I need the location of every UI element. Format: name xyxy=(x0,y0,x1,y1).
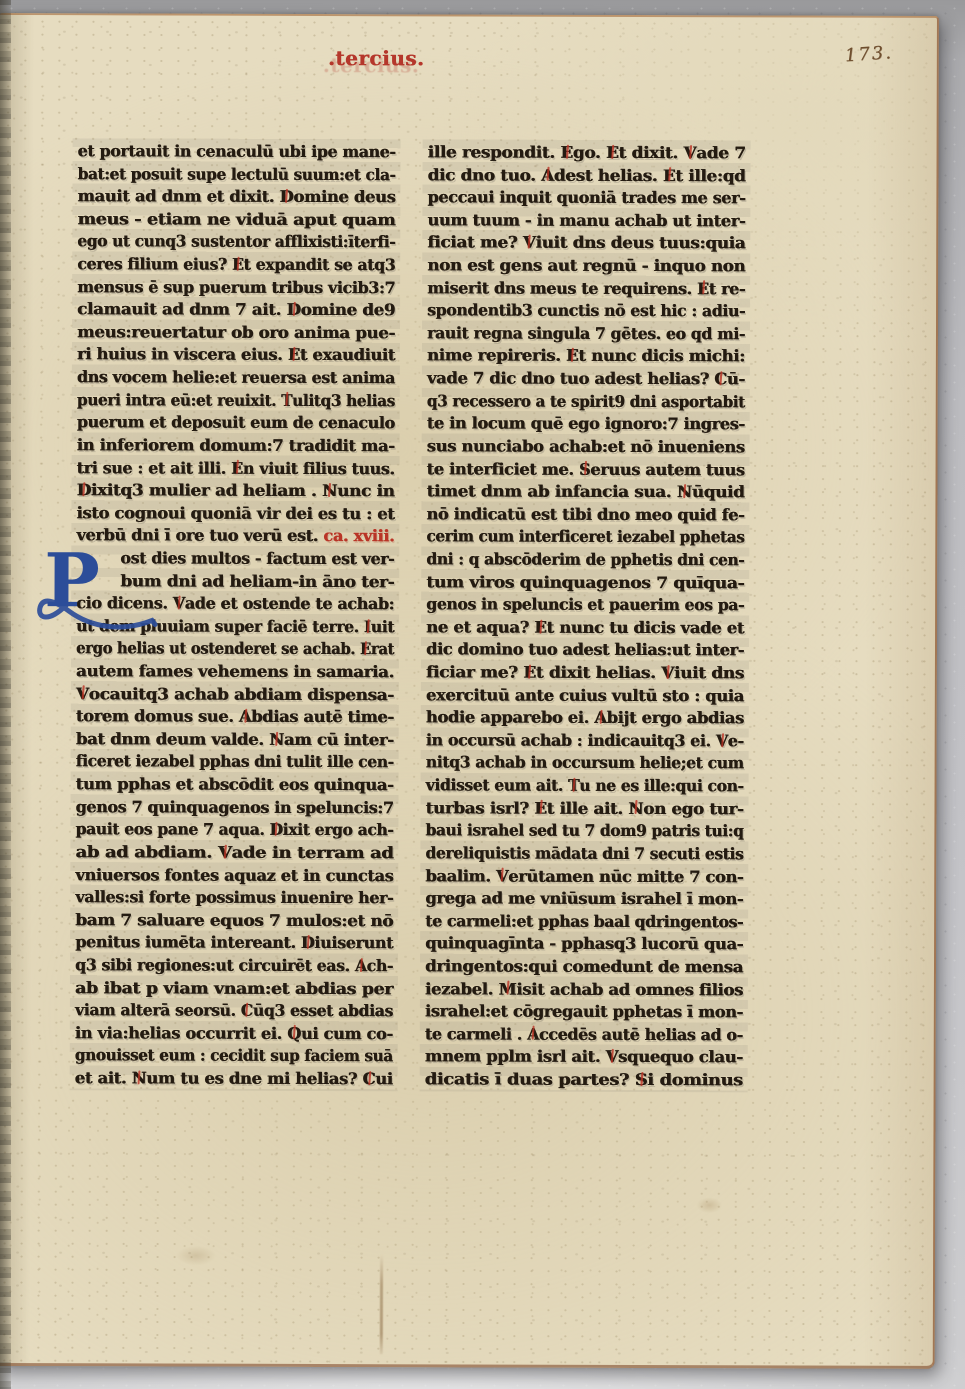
text-line: et ait. Num tu es dne mi helias? Cui xyxy=(75,1068,393,1092)
text-line: israhel:et cōgregauit pphetas ī mon- xyxy=(425,1001,743,1025)
text-line: clamauit ad dnm 7 ait. Domine de9 xyxy=(77,300,395,324)
text-line: exercituū ante cuius vultū sto : quia xyxy=(426,685,744,709)
text-line: genos in speluncis et pauerim eos pa- xyxy=(426,595,744,619)
binding-gutter-shadow xyxy=(0,0,11,1389)
text-line: tum viros quinquagenos 7 quīqua- xyxy=(426,572,744,596)
text-line: penitus iumēta intereant. Diuiserunt xyxy=(75,933,393,957)
text-line: in via:helias occurrit ei. Qui cum co- xyxy=(75,1023,393,1047)
text-line: in occursū achab : indicauitq3 ei. Ve- xyxy=(426,730,744,754)
text-line: te interficiet me. Seruus autem tuus xyxy=(427,459,745,483)
stain-blot xyxy=(696,1197,722,1213)
text-line: bat:et posuit supe lectulū suum:et cla- xyxy=(77,164,395,188)
text-line: genos 7 quinquagenos in speluncis:7 xyxy=(75,797,393,821)
text-line: puerum et deposuit eum de cenaculo xyxy=(77,413,395,437)
stain-blot xyxy=(176,1246,216,1266)
text-line: baui israhel sed tu 7 dom9 patris tui:q xyxy=(425,821,743,845)
text-line: rauit regna singula 7 gētes. eo qd mi- xyxy=(427,323,745,347)
illuminated-initial: P xyxy=(36,543,176,647)
text-line: q3 sibi regiones:ut circuirēt eas. Ach- xyxy=(75,955,393,979)
text-line: dringentos:qui comedunt de mensa xyxy=(425,956,743,980)
text-line: non est gens aut regnū - inquo non xyxy=(427,255,745,279)
text-line: et portauit in cenaculū ubi ipe mane- xyxy=(78,141,396,165)
text-line: peccaui inquit quoniā trades me ser- xyxy=(427,188,745,212)
text-line: te carmeli:et pphas baal qdringentos- xyxy=(425,911,743,935)
text-line: valles:si forte possimus inuenire her- xyxy=(75,887,393,911)
text-line: baalim. Verūtamen nūc mitte 7 con- xyxy=(425,866,743,890)
text-line: spondentib3 cunctis nō est hic : adiu- xyxy=(427,301,745,325)
text-line: ab ibat p viam vnam:et abdias per xyxy=(75,978,393,1002)
text-line: tri sue : et ait illi. En viuit filius t… xyxy=(77,458,395,482)
text-line: ceres filium eius? Et expandit se atq3 xyxy=(77,254,395,278)
text-line: mauit ad dnm et dixit. Domine deus xyxy=(77,186,395,210)
text-line: tum pphas et abscōdit eos quinqua- xyxy=(76,774,394,798)
text-line: pauit eos pane 7 aqua. Dixit ergo ach- xyxy=(75,820,393,844)
text-line: torem domus sue. Abdias autē time- xyxy=(76,706,394,730)
text-line: gnouisset eum : cecidit sup faciem suā xyxy=(75,1046,393,1070)
text-line: ille respondit. Ego. Et dixit. Vade 7 xyxy=(428,142,746,166)
text-line: nō indicatū est tibi dno meo quid fe- xyxy=(426,504,744,528)
text-line: Dixitq3 mulier ad heliam . Nunc in xyxy=(76,480,394,504)
column-right: ille respondit. Ego. Et dixit. Vade 7dic… xyxy=(425,142,746,1093)
text-line: meus - etiam ne viduā aput quam xyxy=(77,209,395,233)
text-line: grega ad me vniūsum israhel ī mon- xyxy=(425,888,743,912)
text-line: ri huius in viscera eius. Et exaudiuit xyxy=(77,345,395,369)
text-line: isto cognoui quoniā vir dei es tu : et xyxy=(76,503,394,527)
text-line: ab ad abdiam. Vade in terram ad xyxy=(75,842,393,866)
manuscript-photo: .tercius. 173. et portauit in cenaculū u… xyxy=(0,0,965,1389)
folio-number: 173. xyxy=(844,42,893,66)
text-line: viam alterā seorsū. Cūq3 esset abdias xyxy=(75,1000,393,1024)
text-line: iezabel. Misit achab ad omnes filios xyxy=(425,979,743,1003)
text-line: mnem pplm isrl ait. Vsquequo clau- xyxy=(425,1047,743,1071)
initial-letter: P xyxy=(44,543,100,624)
text-line: ne et aqua? Et nunc tu dicis vade et xyxy=(426,617,744,641)
text-line: ficiar me? Et dixit helias. Viuit dns xyxy=(426,662,744,686)
text-line: te carmeli . Accedēs autē helias ad o- xyxy=(425,1024,743,1048)
text-line: dicatis ī duas partes? Si dominus xyxy=(425,1069,743,1093)
text-line: bat dnm deum valde. Nam cū inter- xyxy=(76,729,394,753)
text-line: turbas isrl? Et ille ait. Non ego tur- xyxy=(425,798,743,822)
text-line: vade 7 dic dno tuo adest helias? Cū- xyxy=(427,368,745,392)
text-line: autem fames vehemens in samaria. xyxy=(76,661,394,685)
chapter-rubric: ca. xviii. xyxy=(323,526,394,545)
text-line: ficeret iezabel pphas dni tulit ille cen… xyxy=(76,752,394,776)
text-line: timet dnm ab infancia sua. Nūquid xyxy=(426,481,744,505)
text-line: bam 7 saluare equos 7 mulos:et nō xyxy=(75,910,393,934)
text-line: dni : q abscōderim de pphetis dni cen- xyxy=(426,549,744,573)
text-line: dns vocem helie:et reuersa est anima xyxy=(77,367,395,391)
text-line: te in locum quē ego ignoro:7 ingres- xyxy=(427,414,745,438)
text-line: dereliquistis mādata dni 7 secuti estis xyxy=(425,843,743,867)
text-line: nitq3 achab in occursum helie;et cum xyxy=(426,753,744,777)
vellum-page: .tercius. 173. et portauit in cenaculū u… xyxy=(0,13,939,1369)
text-line: q3 recessero a te spirit9 dni asportabit xyxy=(427,391,745,415)
text-line: ficiat me? Viuit dns deus tuus:quia xyxy=(427,233,745,257)
text-line: pueri intra eū:et reuixit. Tulitq3 helia… xyxy=(77,390,395,414)
text-line: quinquagīnta - pphasq3 lucorū qua- xyxy=(425,934,743,958)
text-line: hodie apparebo ei. Abijt ergo abdias xyxy=(426,708,744,732)
text-line: dic domino tuo adest helias:ut inter- xyxy=(426,640,744,664)
stain-streak xyxy=(380,1254,383,1354)
text-line: meus:reuertatur ob oro anima pue- xyxy=(77,322,395,346)
text-line: miserit dns meus te requirens. Et re- xyxy=(427,278,745,302)
text-line: sus nunciabo achab:et nō inueniens xyxy=(427,436,745,460)
text-line: ego ut cunq3 sustentor afflixisti:īterfi… xyxy=(77,232,395,256)
text-line: uum tuum - in manu achab ut inter- xyxy=(427,210,745,234)
text-line: dic dno tuo. Adest helias. Et ille:qd xyxy=(427,165,745,189)
text-line: in inferiorem domum:7 tradidit ma- xyxy=(77,435,395,459)
text-line: mensus ē sup puerum tribus vicib3:7 xyxy=(77,277,395,301)
text-line: vidisset eum ait. Tu ne es ille:qui con- xyxy=(426,775,744,799)
running-header: .tercius. xyxy=(328,46,425,70)
text-line: cerim cum interficeret iezabel pphetas xyxy=(426,527,744,551)
text-line: Vocauitq3 achab abdiam dispensa- xyxy=(76,684,394,708)
text-line: nime repireris. Et nunc dicis michi: xyxy=(427,346,745,370)
text-line: vniuersos fontes aquaz et in cunctas xyxy=(75,865,393,889)
